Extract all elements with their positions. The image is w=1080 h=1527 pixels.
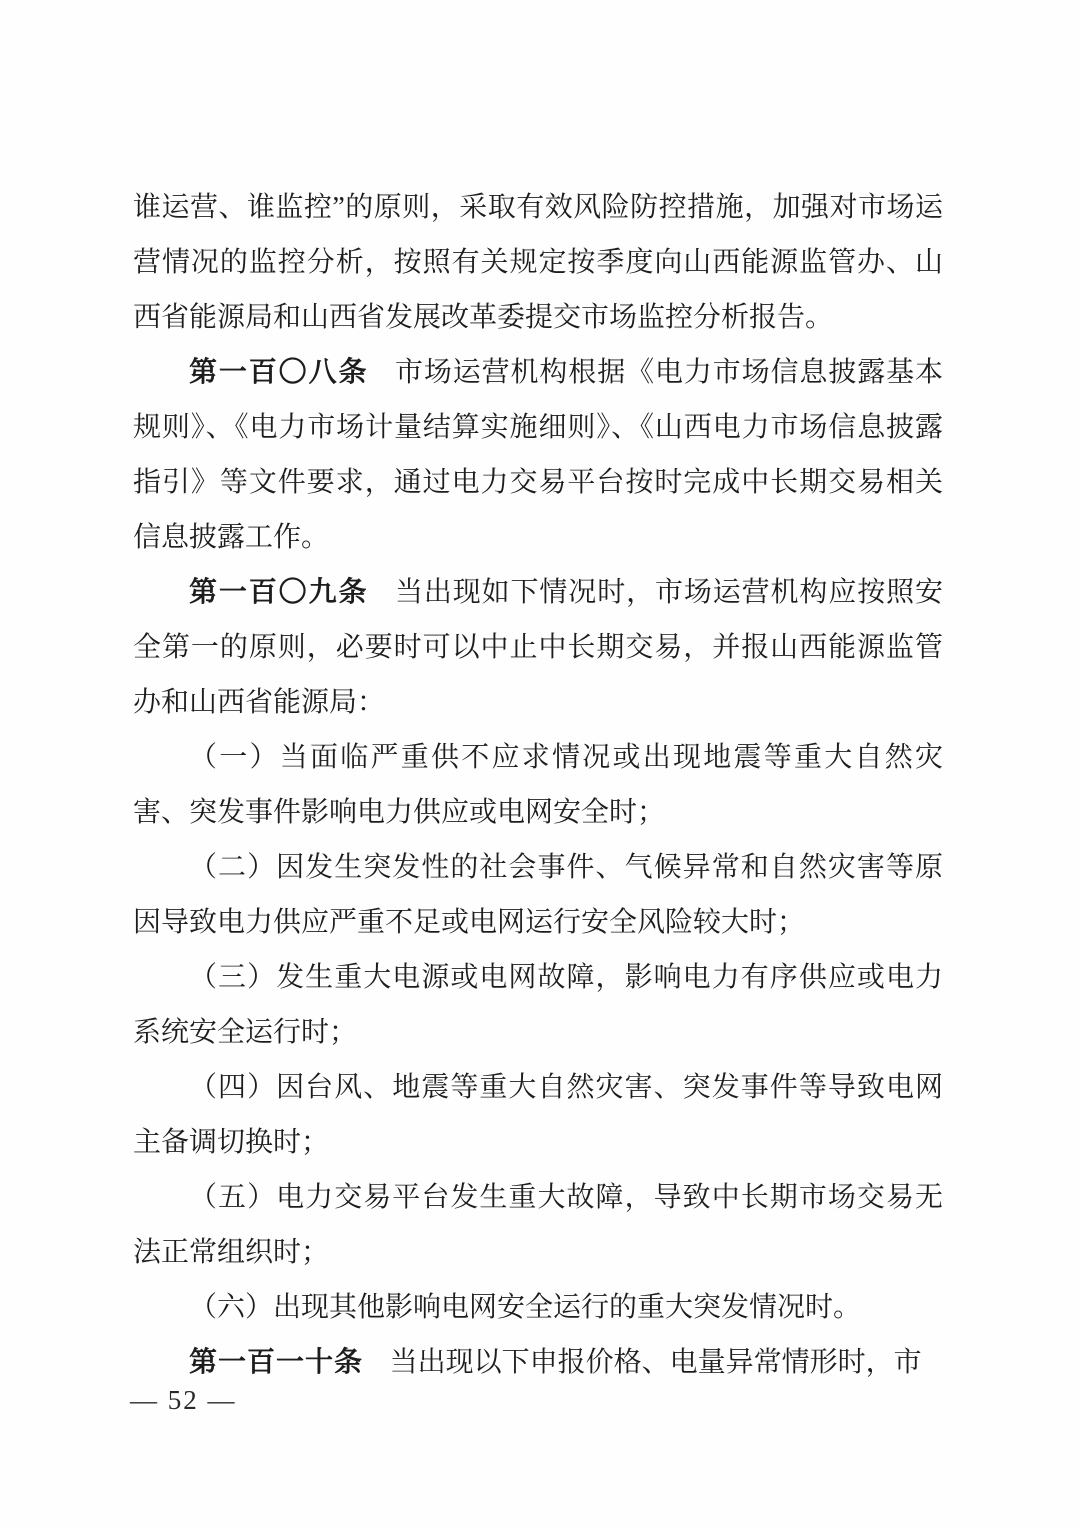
- page-number: — 52 —: [130, 1383, 237, 1417]
- clause-item-5: （五）电力交易平台发生重大故障，导致中长期市场交易无法正常组织时；: [133, 1170, 943, 1280]
- paragraph-text: （三）发生重大电源或电网故障，影响电力有序供应或电力系统安全运行时；: [133, 962, 943, 1048]
- clause-item-4: （四）因台风、地震等重大自然灾害、突发事件等导致电网主备调切换时；: [133, 1060, 943, 1170]
- article-number: 第一百〇九条: [189, 577, 368, 608]
- clause-item-1: （一）当面临严重供不应求情况或出现地震等重大自然灾害、突发事件影响电力供应或电网…: [133, 730, 943, 840]
- article-number: 第一百一十条: [189, 1347, 363, 1378]
- article-number: 第一百〇八条: [189, 357, 368, 388]
- paragraph-text: 当出现以下申报价格、电量异常情形时，市: [390, 1347, 922, 1378]
- document-page: 谁运营、谁监控”的原则，采取有效风险防控措施，加强对市场运营情况的监控分析，按照…: [0, 0, 1080, 1527]
- clause-item-2: （二）因发生突发性的社会事件、气候异常和自然灾害等原因导致电力供应严重不足或电网…: [133, 840, 943, 950]
- document-body: 谁运营、谁监控”的原则，采取有效风险防控措施，加强对市场运营情况的监控分析，按照…: [133, 180, 943, 1390]
- paragraph-text: （六）出现其他影响电网安全运行的重大突发情况时。: [189, 1292, 861, 1323]
- paragraph-text: （一）当面临严重供不应求情况或出现地震等重大自然灾害、突发事件影响电力供应或电网…: [133, 742, 943, 828]
- clause-item-6: （六）出现其他影响电网安全运行的重大突发情况时。: [133, 1280, 943, 1335]
- article-108-paragraph: 第一百〇八条市场运营机构根据《电力市场信息披露基本规则》、《电力市场计量结算实施…: [133, 345, 943, 565]
- article-109-paragraph: 第一百〇九条当出现如下情况时，市场运营机构应按照安全第一的原则，必要时可以中止中…: [133, 565, 943, 730]
- article-110-paragraph: 第一百一十条当出现以下申报价格、电量异常情形时，市: [133, 1335, 943, 1390]
- paragraph-text: （四）因台风、地震等重大自然灾害、突发事件等导致电网主备调切换时；: [133, 1072, 943, 1158]
- clause-item-3: （三）发生重大电源或电网故障，影响电力有序供应或电力系统安全运行时；: [133, 950, 943, 1060]
- paragraph-continuation: 谁运营、谁监控”的原则，采取有效风险防控措施，加强对市场运营情况的监控分析，按照…: [133, 180, 943, 345]
- paragraph-text: 谁运营、谁监控”的原则，采取有效风险防控措施，加强对市场运营情况的监控分析，按照…: [133, 192, 943, 333]
- paragraph-text: （二）因发生突发性的社会事件、气候异常和自然灾害等原因导致电力供应严重不足或电网…: [133, 852, 943, 938]
- paragraph-text: （五）电力交易平台发生重大故障，导致中长期市场交易无法正常组织时；: [133, 1182, 943, 1268]
